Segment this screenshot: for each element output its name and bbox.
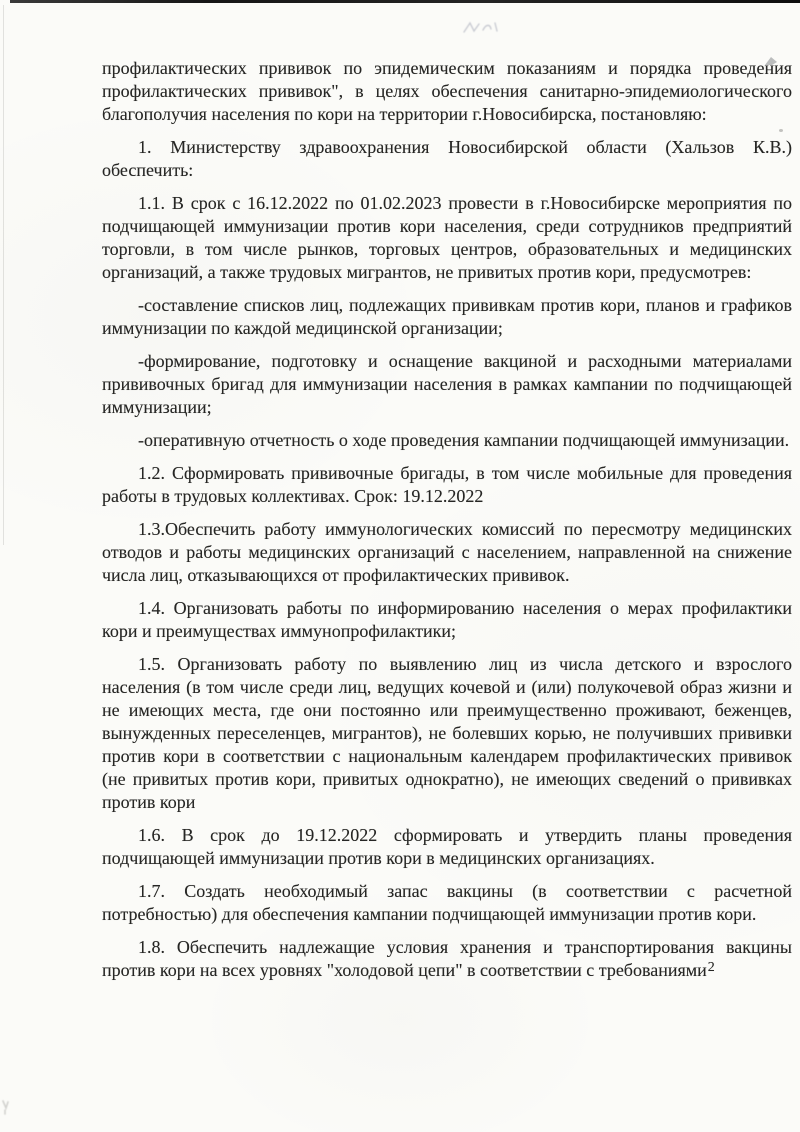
scan-left-edge: [3, 5, 4, 545]
clause-1-8: 1.8. Обеспечить надлежащие условия хране…: [102, 936, 792, 982]
clause-1-1-item-lists: -составление списков лиц, подлежащих при…: [102, 294, 792, 340]
clause-1-8-text: 1.8. Обеспечить надлежащие условия хране…: [102, 937, 792, 980]
clause-1-6: 1.6. В срок до 19.12.2022 сформировать и…: [102, 824, 792, 870]
clause-1-1: 1.1. В срок с 16.12.2022 по 01.02.2023 п…: [102, 192, 792, 284]
clause-1-4: 1.4. Организовать работы по информирован…: [102, 597, 792, 643]
clause-1-3: 1.3.Обеспечить работу иммунологических к…: [102, 518, 792, 587]
clause-1-7: 1.7. Создать необходимый запас вакцины (…: [102, 880, 792, 926]
document-body: профилактических прививок по эпидемическ…: [102, 57, 792, 992]
pencil-mark: [460, 18, 504, 38]
smudge-bottom-left: [2, 1100, 9, 1115]
clause-1-5: 1.5. Организовать работу по выявлению ли…: [102, 653, 792, 814]
clause-1-1-item-reporting: -оперативную отчетность о ходе проведени…: [102, 429, 792, 452]
scan-top-edge: [10, 0, 800, 3]
clause-1: 1. Министерству здравоохранения Новосиби…: [102, 136, 792, 182]
page-number: 2: [708, 960, 715, 975]
clause-1-1-item-teams: -формирование, подготовку и оснащение ва…: [102, 350, 792, 419]
clause-1-2: 1.2. Сформировать прививочные бригады, в…: [102, 462, 792, 508]
paragraph-continuation: профилактических прививок по эпидемическ…: [102, 57, 792, 126]
